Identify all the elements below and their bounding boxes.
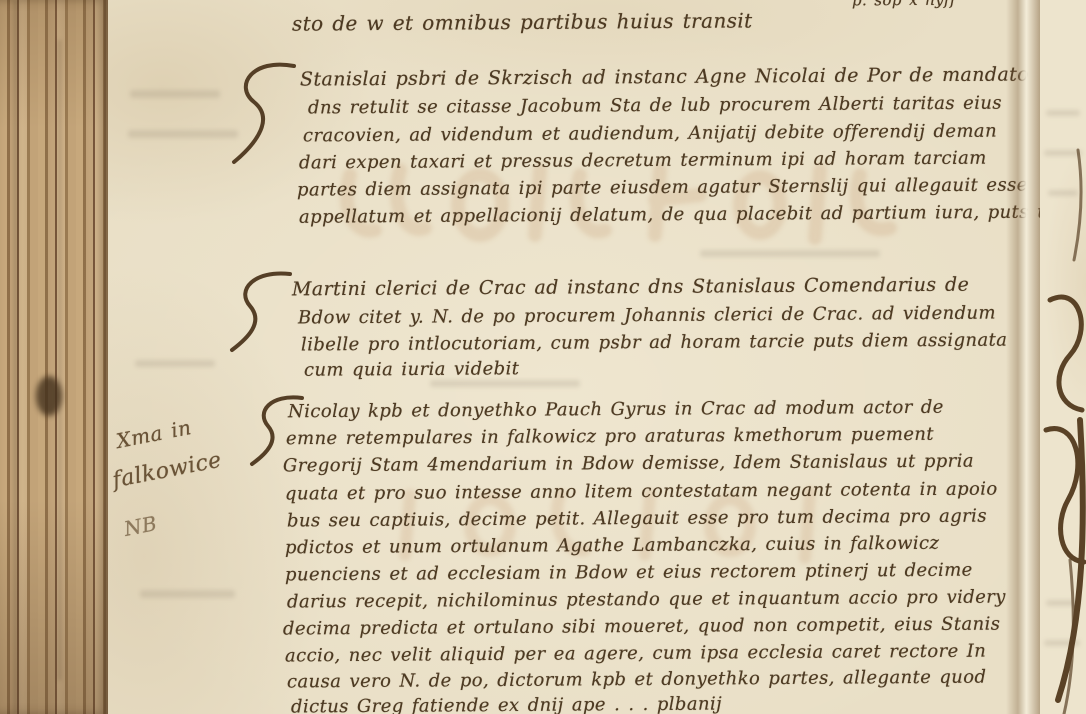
text-line: puenciens et ad ecclesiam in Bdow et eiu… — [285, 562, 973, 585]
showthrough-smudge — [135, 360, 215, 367]
page-fold — [1006, 0, 1040, 714]
text-line-top-right-fragment: p. sop x nyff — [852, 0, 956, 8]
text-line: cum quia iuria videbit — [304, 360, 519, 380]
text-line: causa vero N. de po, dictorum kpb et don… — [287, 669, 987, 692]
text-line: bus seu captiuis, decime petit. Allegaui… — [287, 508, 987, 531]
text-line: Gregorij Stam 4mendarium in Bdow demisse… — [283, 453, 974, 476]
showthrough-smudge — [130, 90, 220, 98]
text-line: Stanislai psbri de Skrzisch ad instanc A… — [300, 65, 1029, 89]
text-line: dictus Greg fatiende ex dnij ape . . . p… — [291, 695, 722, 714]
text-line: dari expen taxari et pressus decretum te… — [299, 150, 987, 173]
showthrough-smudge — [140, 590, 235, 598]
text-line: decima predicta et ortulano sibi moueret… — [283, 615, 1000, 638]
text-line: Bdow citet y. N. de po procurem Johannis… — [298, 305, 996, 328]
paraph-flourish — [232, 58, 302, 172]
paraph-flourish — [230, 268, 300, 362]
text-line: Martini clerici de Crac ad instanc dns S… — [292, 276, 969, 300]
margin-note-nb: NB — [122, 513, 158, 539]
text-line: quata et pro suo intesse anno litem cont… — [285, 481, 998, 504]
showthrough-smudge — [128, 130, 238, 138]
next-page-edge — [1040, 0, 1086, 714]
text-line: cracovien, ad videndum et audiendum, Ani… — [303, 123, 997, 146]
text-line: darius recepit, nichilominus ptestando q… — [287, 588, 1006, 611]
next-page-pen-flourish — [1040, 0, 1086, 714]
binding-streak — [58, 40, 61, 680]
text-line: Nicolay kpb et donyethko Pauch Gyrus in … — [288, 399, 944, 422]
manuscript-scan: { "document": { "kind": "15th-century La… — [0, 0, 1086, 714]
showthrough-smudge — [430, 380, 580, 387]
text-line: emne retempulares in falkowicz pro aratu… — [286, 426, 934, 449]
text-line: pdictos et unum ortulanum Agathe Lambanc… — [285, 535, 940, 558]
text-line: libelle pro intlocutoriam, cum psbr ad h… — [301, 332, 1007, 355]
book-binding-spine — [0, 0, 108, 714]
text-line: accio, nec velit aliquid per ea agere, c… — [285, 643, 986, 666]
binding-streak — [14, 0, 18, 714]
showthrough-smudge — [700, 250, 880, 257]
text-line: partes diem assignata ipi parte eiusdem … — [297, 176, 1028, 199]
text-line: dns retulit se citasse Jacobum Sta de lu… — [308, 95, 1002, 118]
text-line-top-fragment: sto de w et omnibus partibus huius trans… — [292, 10, 753, 33]
